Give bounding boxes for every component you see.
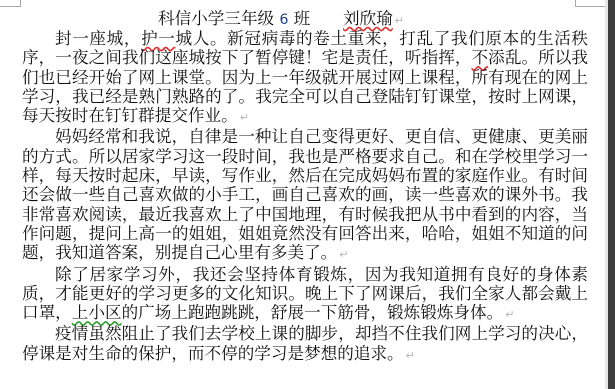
title-school-text: 科信小学三年级: [158, 9, 274, 28]
paragraph-mark: ↵: [505, 308, 514, 321]
paragraph-1: 封一座城，护一城人。新冠病毒的卷土重来，打乱了我们原本的生活秩序，一夜之间我们这…: [22, 29, 588, 127]
author-name-text: 刘欣瑜: [343, 9, 393, 28]
paragraph-4: 疫情虽然阻止了我们去学校上课的脚步，却挡不住我们网上学习的决心，停课是对生命的保…: [22, 324, 588, 365]
title-school: 科信小学三年级: [158, 9, 274, 28]
para4-text: 疫情虽然阻止了我们去学校上课的脚步，却挡不住我们网上学习的决心，停课是对生命的保…: [22, 324, 588, 362]
title-class: 科信小学三年级 6 班: [158, 9, 310, 30]
window-background-strip: [608, 0, 615, 389]
crop-mark-top-left: [0, 0, 21, 7]
para2-text: 妈妈经常和我说，自律是一种让自己变得更好、更自信、更健康、更美丽的方式。所以居家…: [22, 127, 588, 262]
paragraph-2: 妈妈经常和我说，自律是一种让自己变得更好、更自信、更健康、更美丽的方式。所以居家…: [22, 127, 588, 264]
paragraph-mark: ↵: [339, 248, 348, 261]
paragraph-3: 除了居家学习外，我还会坚持体育锻炼，因为我知道拥有良好的身体素质，才能更好的学习…: [22, 265, 588, 325]
para1-seg: 封一座城，: [55, 29, 141, 48]
para3-seg: 的广场上跑跑跳跳，舒展一下筋骨，锻炼锻炼身体。: [122, 303, 504, 322]
author-name: 刘欣瑜↵: [343, 9, 404, 30]
class-number: 6: [279, 12, 288, 28]
paragraph-mark: ↵: [406, 349, 415, 362]
paragraph-mark: ↵: [395, 14, 404, 27]
paragraph-mark: ↵: [240, 111, 249, 124]
spell-error-text: 不: [472, 48, 489, 67]
class-suffix: 班: [294, 9, 311, 28]
grammar-flag-text: 上小区: [72, 303, 122, 322]
title-line: 科信小学三年级 6 班 刘欣瑜↵: [22, 9, 588, 29]
document-body[interactable]: 科信小学三年级 6 班 刘欣瑜↵ 封一座城，护一城人。新冠病毒的卷土重来，打乱了…: [22, 9, 588, 365]
document-page[interactable]: 科信小学三年级 6 班 刘欣瑜↵ 封一座城，护一城人。新冠病毒的卷土重来，打乱了…: [0, 0, 605, 389]
spell-error-text: 护一: [141, 29, 175, 48]
crop-mark-top-right: [575, 0, 606, 7]
